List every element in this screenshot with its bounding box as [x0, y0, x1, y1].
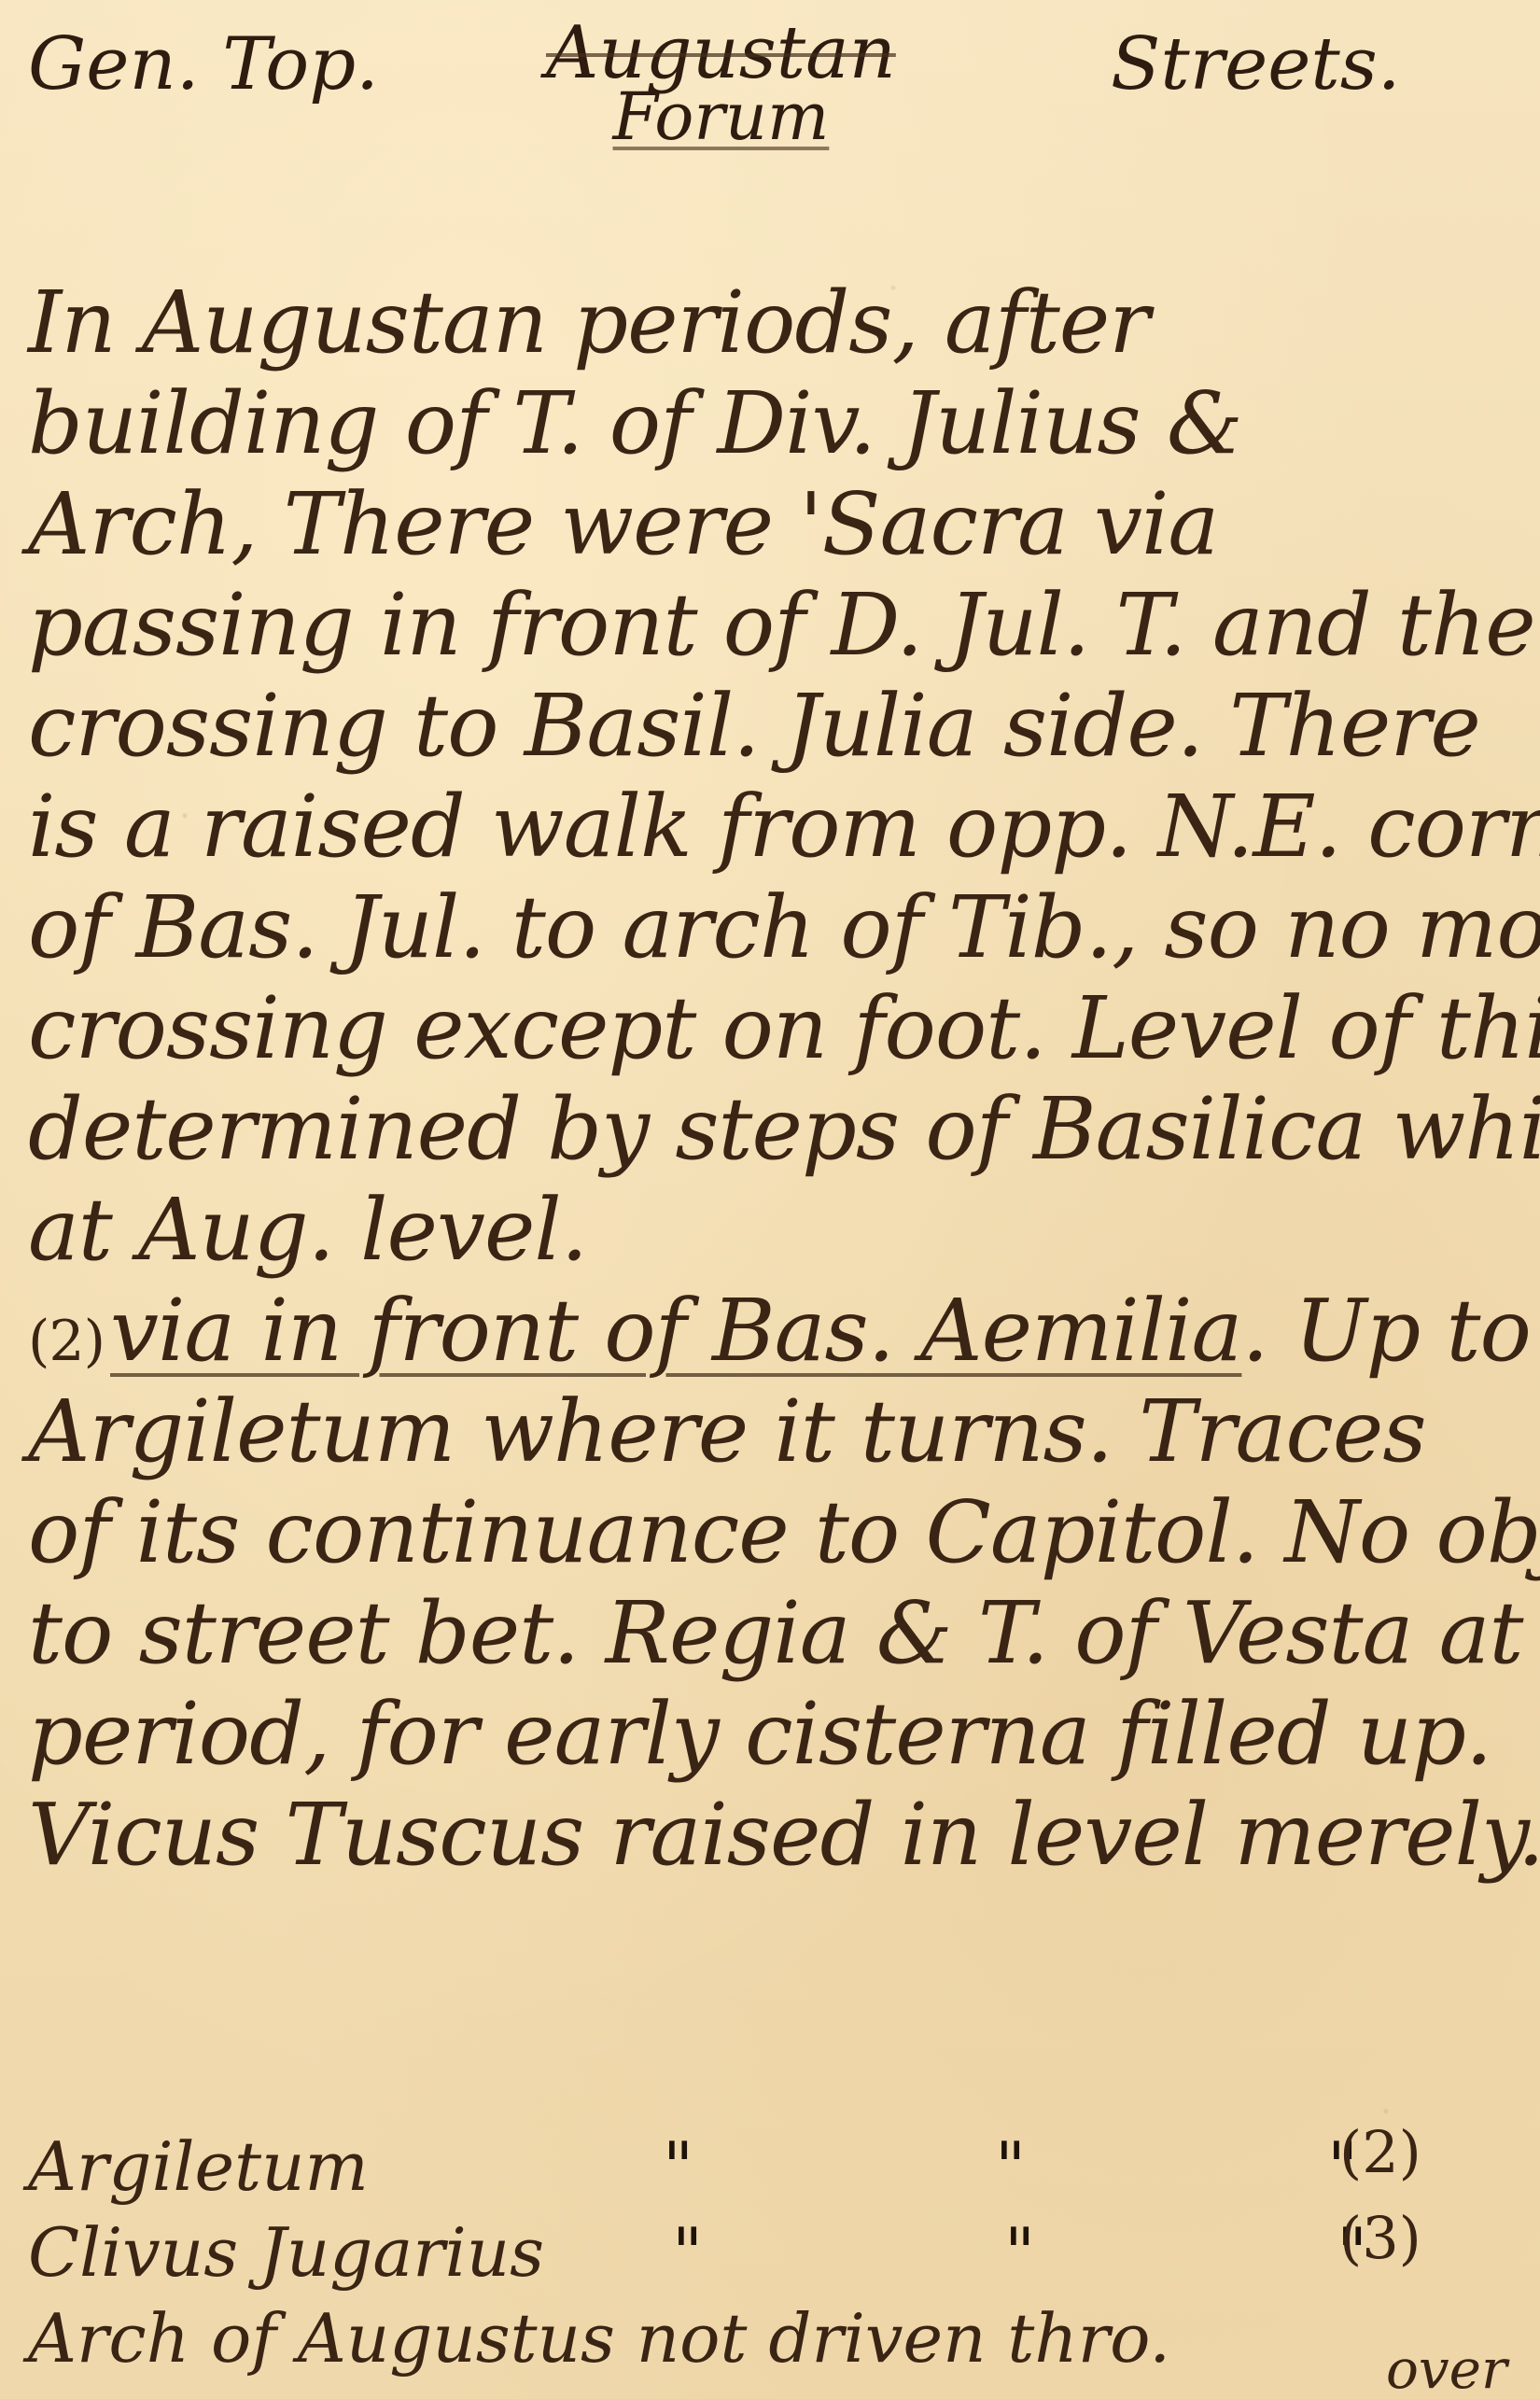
note-line: determined by steps of Basilica which ar…: [28, 1087, 1540, 1187]
header-subject: Streets.: [1111, 28, 1401, 101]
note-line: crossing to Basil. Julia side. There: [28, 683, 1540, 784]
list-item-ref: (3): [1339, 2210, 1421, 2267]
list-item: Argiletum " " " (2): [28, 2133, 1521, 2219]
list-item-label: Clivus Jugarius: [28, 2219, 544, 2286]
section-2-continuation: . Up to the: [1241, 1281, 1540, 1381]
list-item-label: Arch of Augustus not driven thro.: [28, 2305, 1170, 2372]
note-line: period, for early cisterna filled up.: [28, 1691, 1540, 1792]
section-number: (2): [28, 1309, 105, 1374]
note-line: at Aug. level.: [28, 1187, 1540, 1288]
header-topic: Augustan Forum: [546, 17, 896, 149]
note-line: Argiletum where it turns. Traces: [28, 1389, 1540, 1490]
note-body: In Augustan periods, after building of T…: [28, 280, 1540, 1893]
note-line: Vicus Tuscus raised in level merely.: [28, 1792, 1540, 1893]
note-line: is a raised walk from opp. N.E. corner: [28, 784, 1540, 885]
note-line: of Bas. Jul. to arch of Tib., so no more: [28, 885, 1540, 986]
note-line: Arch, There were 'Sacra via: [28, 482, 1540, 582]
list-item: Clivus Jugarius " " " " (3): [28, 2219, 1521, 2305]
list-item-label: Argiletum: [28, 2133, 369, 2200]
note-line: of its continuance to Capitol. No object…: [28, 1490, 1540, 1591]
note-line: to street bet. Regia & T. of Vesta at th…: [28, 1591, 1540, 1691]
list-item: Arch of Augustus not driven thro. over: [28, 2305, 1521, 2391]
note-line: In Augustan periods, after: [28, 280, 1540, 381]
street-list: Argiletum " " " (2) Clivus Jugarius " " …: [28, 2133, 1521, 2391]
note-line: passing in front of D. Jul. T. and then: [28, 582, 1540, 683]
note-card: Gen. Top. Augustan Forum Streets. In Aug…: [0, 0, 1540, 2399]
header-category: Gen. Top.: [28, 28, 379, 101]
section-2-heading-line: (2)via in front of Bas. Aemilia. Up to t…: [28, 1288, 1540, 1389]
over-note: over: [1386, 2342, 1507, 2396]
list-item-ref: (2): [1339, 2124, 1421, 2182]
section-2-underlined: via in front of Bas. Aemilia: [110, 1281, 1241, 1381]
note-line: building of T. of Div. Julius &: [28, 381, 1540, 482]
note-line: crossing except on foot. Level of this v…: [28, 986, 1540, 1087]
